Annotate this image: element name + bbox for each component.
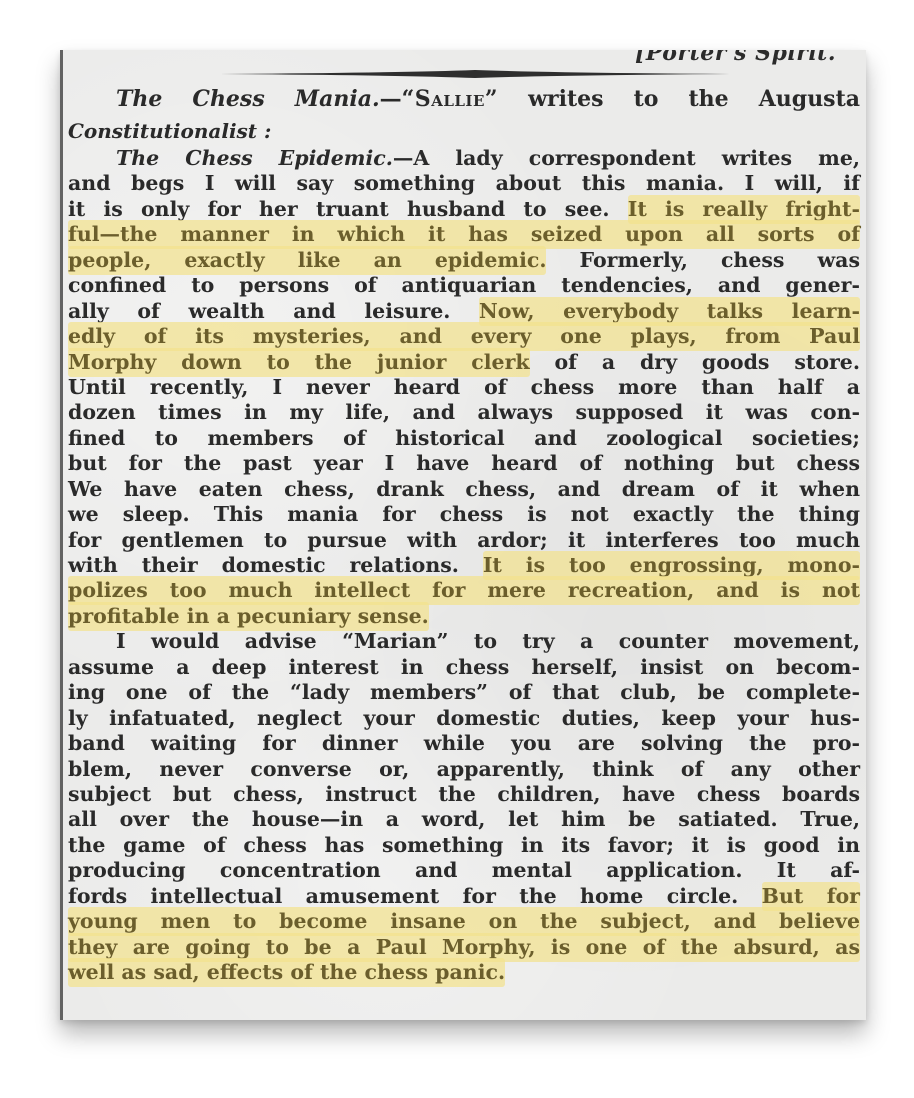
article-line: we sleep. This mania for chess is not ex… [68, 502, 860, 527]
text-segment: all over the house—in a word, let him be… [68, 807, 860, 831]
text-segment: ly infatuated, neglect your domestic dut… [68, 706, 860, 730]
headline-title: The Chess Mania. [116, 86, 380, 112]
highlighted-text: they are going to be a Paul Morphy, is o… [68, 935, 860, 959]
article-line: for gentlemen to pursue with ardor; it i… [68, 528, 860, 553]
article-line: ing one of the “lady members” of that cl… [68, 680, 860, 705]
page-background: [Porter's Spirit. The Chess Mania.—“Sall… [0, 0, 914, 1098]
text-segment: band waiting for dinner while you are so… [68, 731, 860, 755]
headline-rest: writes to the Augusta [498, 86, 860, 112]
article-line: Until recently, I never heard of chess m… [68, 375, 860, 400]
column-rule [60, 50, 63, 1020]
text-segment: Formerly, chess was [546, 248, 860, 272]
highlighted-text: Morphy down to the junior clerk [68, 350, 530, 374]
article-line: well as sad, effects of the chess panic. [68, 960, 860, 985]
headline-dash: — [380, 86, 402, 112]
article-line: and begs I will say something about this… [68, 171, 860, 196]
article-line: the game of chess has something in its f… [68, 833, 860, 858]
highlighted-text: Now, everybody talks learn- [479, 299, 860, 323]
article-line: band waiting for dinner while you are so… [68, 731, 860, 756]
text-segment: I would advise “Marian” to try a counter… [116, 629, 860, 653]
text-segment: but for the past year I have heard of no… [68, 451, 860, 475]
newspaper-clipping: [Porter's Spirit. The Chess Mania.—“Sall… [60, 50, 866, 1020]
article-line: fined to members of historical and zoolo… [68, 426, 860, 451]
highlighted-text: polizes too much intellect for mere recr… [68, 578, 860, 602]
text-segment: of a dry goods store. [530, 350, 860, 374]
article-line: subject but chess, instruct the children… [68, 782, 860, 807]
article-line: profitable in a pecuniary sense. [68, 604, 860, 629]
headline-author: “Sallie” [402, 86, 498, 112]
article-body: The Chess Mania.—“Sallie” writes to the … [68, 82, 860, 985]
text-segment: confined to persons of antiquarian tende… [68, 273, 860, 297]
article-line: assume a deep interest in chess herself,… [68, 655, 860, 680]
text-segment: blem, never converse or, apparently, thi… [68, 757, 860, 781]
article-line: people, exactly like an epidemic. Former… [68, 248, 860, 273]
text-segment: —A lady correspondent writes me, [393, 146, 860, 170]
article-line: blem, never converse or, apparently, thi… [68, 757, 860, 782]
text-segment: it is only for her truant husband to see… [68, 197, 628, 221]
text-segment: the game of chess has something in its f… [68, 833, 860, 857]
highlighted-text: young men to become insane on the subjec… [68, 909, 860, 933]
article-line: I would advise “Marian” to try a counter… [68, 629, 860, 654]
article-line: young men to become insane on the subjec… [68, 909, 860, 934]
article-line: The Chess Epidemic.—A lady correspondent… [68, 146, 860, 171]
highlighted-text: edly of its mysteries, and every one pla… [68, 324, 860, 348]
text-segment: for gentlemen to pursue with ardor; it i… [68, 528, 860, 552]
article-line: ally of wealth and leisure. Now, everybo… [68, 299, 860, 324]
article-headline: The Chess Mania.—“Sallie” writes to the … [68, 82, 860, 116]
highlighted-text: But for [762, 884, 860, 908]
article-line: edly of its mysteries, and every one pla… [68, 324, 860, 349]
article-line: all over the house—in a word, let him be… [68, 807, 860, 832]
article-line: it is only for her truant husband to see… [68, 197, 860, 222]
text-segment: with their domestic relations. [68, 553, 483, 577]
article-line: polizes too much intellect for mere recr… [68, 578, 860, 603]
article-line: fords intellectual amusement for the hom… [68, 884, 860, 909]
text-segment: we sleep. This mania for chess is not ex… [68, 502, 860, 526]
article-line: We have eaten chess, drank chess, and dr… [68, 477, 860, 502]
article-line: Morphy down to the junior clerk of a dry… [68, 350, 860, 375]
highlighted-text: people, exactly like an epidemic. [68, 248, 546, 272]
source-attribution: [Porter's Spirit. [635, 50, 836, 66]
highlighted-text: well as sad, effects of the chess panic. [68, 960, 505, 984]
text-segment: ing one of the “lady members” of that cl… [68, 680, 860, 704]
text-segment: producing concentration and mental appli… [68, 858, 860, 882]
article-line: ful—the manner in which it has seized up… [68, 222, 860, 247]
article-line: ly infatuated, neglect your domestic dut… [68, 706, 860, 731]
article-lines: The Chess Epidemic.—A lady correspondent… [68, 146, 860, 985]
highlighted-text: profitable in a pecuniary sense. [68, 604, 429, 628]
article-line: with their domestic relations. It is too… [68, 553, 860, 578]
text-segment: subject but chess, instruct the children… [68, 782, 860, 806]
highlighted-text: It is really fright- [628, 197, 860, 221]
article-line: producing concentration and mental appli… [68, 858, 860, 883]
text-segment: The Chess Epidemic. [116, 146, 393, 170]
text-segment: We have eaten chess, drank chess, and dr… [68, 477, 860, 501]
text-segment: ally of wealth and leisure. [68, 299, 479, 323]
newspaper-name: Constitutionalist : [68, 119, 271, 143]
highlighted-text: ful—the manner in which it has seized up… [68, 222, 860, 246]
text-segment: fined to members of historical and zoolo… [68, 426, 860, 450]
text-segment: dozen times in my life, and always suppo… [68, 400, 860, 424]
text-segment: fords intellectual amusement for the hom… [68, 884, 762, 908]
highlighted-text: It is too engrossing, mono- [483, 553, 860, 577]
article-line: but for the past year I have heard of no… [68, 451, 860, 476]
ornamental-divider [220, 69, 730, 79]
text-segment: assume a deep interest in chess herself,… [68, 655, 860, 679]
article-line: dozen times in my life, and always suppo… [68, 400, 860, 425]
article-subline: Constitutionalist : [68, 116, 860, 146]
article-line: they are going to be a Paul Morphy, is o… [68, 935, 860, 960]
text-segment: Until recently, I never heard of chess m… [68, 375, 860, 399]
article-line: confined to persons of antiquarian tende… [68, 273, 860, 298]
text-segment: and begs I will say something about this… [68, 171, 860, 195]
